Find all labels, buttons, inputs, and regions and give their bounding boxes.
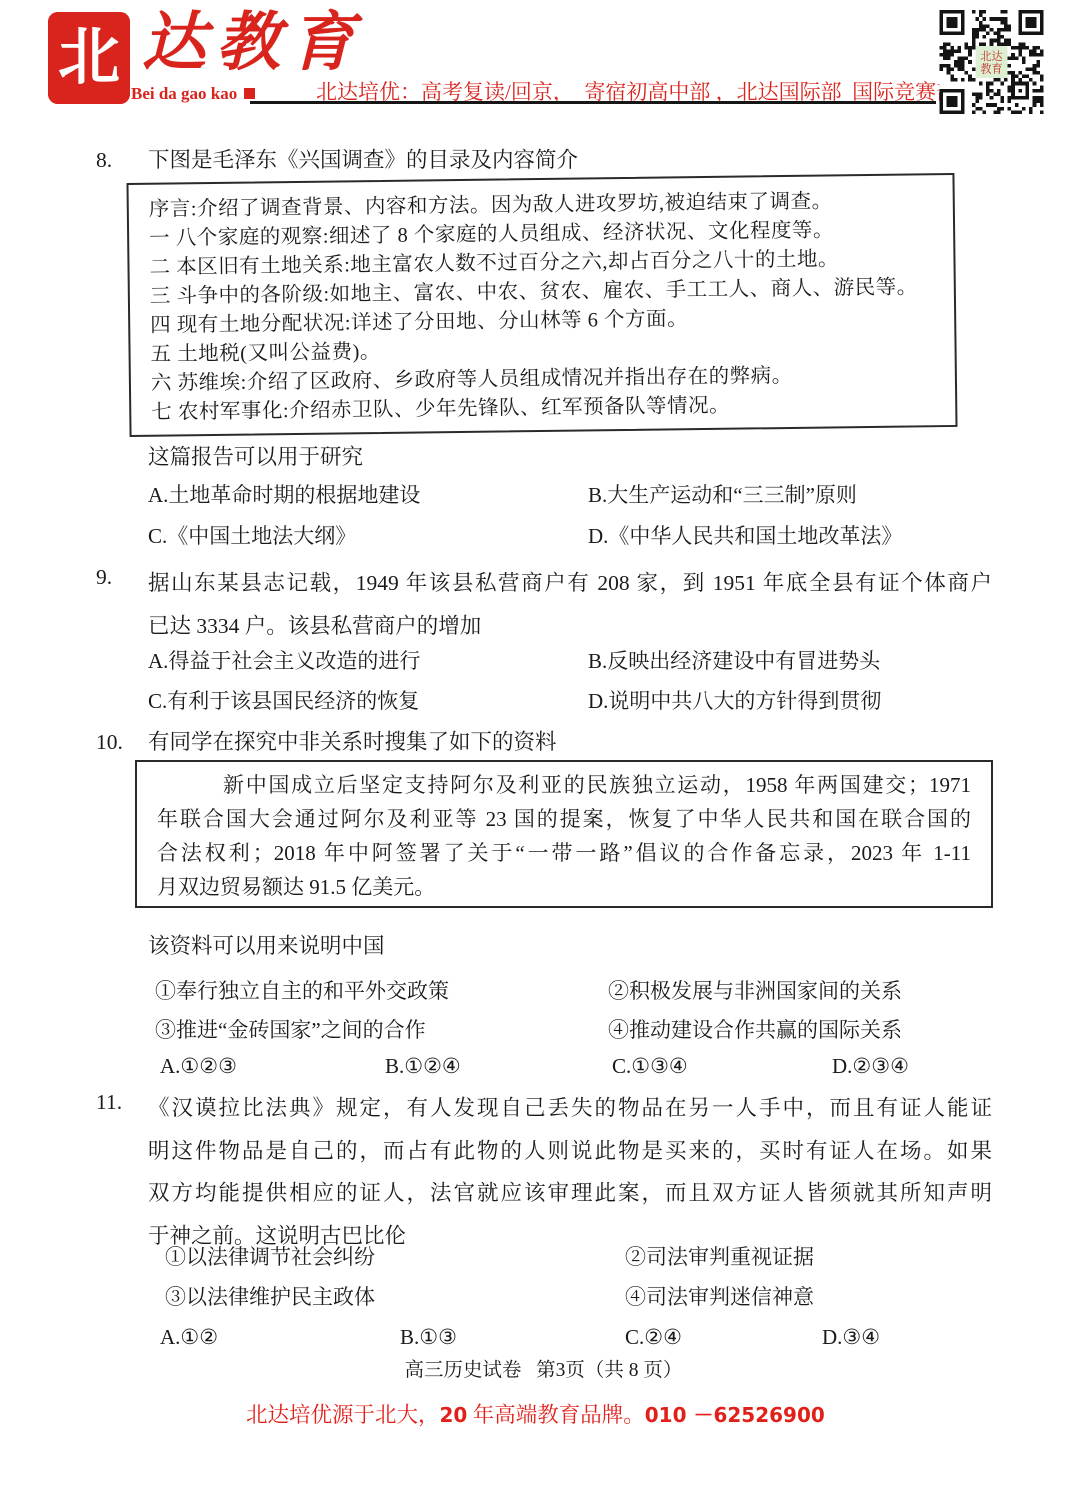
subitems-row: ①以法律调节社会纠纷 ②司法审判重视证据 — [148, 1242, 992, 1272]
page-footer: 高三历史试卷 第3页（共 8 页） — [0, 1354, 1087, 1382]
option-a: A.①②③ — [160, 1051, 385, 1081]
logo-seal-icon: 北 — [48, 12, 130, 104]
box-line: 新中国成立后坚定支持阿尔及利亚的民族独立运动，1958 年两国建交；1971 — [157, 768, 971, 802]
question-stem: 有同学在探究中非关系时搜集了如下的资料 — [148, 727, 992, 757]
option-c: C.①③④ — [612, 1051, 832, 1081]
option-d: D.《中华人民共和国土地改革法》 — [588, 521, 902, 551]
option-b: B.反映出经济建设中有冒进势头 — [588, 646, 880, 676]
box-line: 年联合国大会通过阿尔及利亚等 23 国的提案，恢复了中华人民共和国在联合国的 — [157, 802, 971, 836]
question-stem: 据山东某县志记载，1949 年该县私营商户有 208 家，到 1951 年底全县… — [148, 562, 992, 647]
question-11-stem-row: 11. 《汉谟拉比法典》规定，有人发现自己丢失的物品在另一人手中，而且有证人能证… — [0, 1087, 1087, 1257]
subitems-row: ③推进“金砖国家”之间的合作 ④推动建设合作共赢的国际关系 — [148, 1015, 992, 1045]
box-line: 月双边贸易额达 91.5 亿美元。 — [157, 870, 971, 904]
logo-subtext-label: Bei da gao kao — [131, 84, 237, 103]
subitem-3: ③推进“金砖国家”之间的合作 — [148, 1015, 608, 1045]
qr-center-label-line1: 北达 — [980, 49, 1003, 63]
qr-center-label-line2: 教育 — [980, 61, 1002, 75]
source-box-catalog: 序言:介绍了调查背景、内容和方法。因为敌人进攻罗坊,被迫结束了调查。 一 八个家… — [126, 173, 957, 437]
subitem-4: ④司法审判迷信神意 — [625, 1282, 814, 1312]
option-b: B.大生产运动和“三三制”原则 — [588, 480, 857, 510]
option-d: D.说明中共八大的方针得到贯彻 — [588, 686, 881, 716]
option-c: C.有利于该县国民经济的恢复 — [148, 686, 588, 716]
question-lead: 这篇报告可以用于研究 — [148, 442, 363, 472]
logo-seal-char: 北 — [58, 27, 120, 89]
subitem-1: ①以法律调节社会纠纷 — [148, 1242, 625, 1272]
options-row: A.①②③ B.①②④ C.①③④ D.②③④ — [148, 1051, 992, 1081]
options-row: C.有利于该县国民经济的恢复 D.说明中共八大的方针得到贯彻 — [148, 686, 992, 716]
question-8-stem-row: 8. 下图是毛泽东《兴国调查》的目录及内容简介 — [0, 145, 1087, 175]
subitem-2: ②积极发展与非洲国家间的关系 — [608, 976, 902, 1006]
question-9-stem-row: 9. 据山东某县志记载，1949 年该县私营商户有 208 家，到 1951 年… — [0, 562, 1087, 647]
stem-line: 《汉谟拉比法典》规定，有人发现自己丢失的物品在另一人手中，而且有证人能证 — [148, 1087, 992, 1130]
question-stem: 下图是毛泽东《兴国调查》的目录及内容简介 — [148, 145, 992, 175]
question-lead: 该资料可以用来说明中国 — [148, 931, 385, 961]
brand-footer-text: 年高端教育品牌。 — [467, 1403, 644, 1427]
box-line: 合法权利；2018 年中阿签署了关于“一带一路”倡议的合作备忘录，2023 年 … — [157, 836, 971, 870]
option-a: A.得益于社会主义改造的进行 — [148, 646, 588, 676]
stem-line: 双方均能提供相应的证人，法官就应该审理此案，而且双方证人皆须就其所知声明 — [148, 1172, 992, 1215]
option-a: A.①② — [160, 1322, 400, 1352]
question-10-stem-row: 10. 有同学在探究中非关系时搜集了如下的资料 — [0, 727, 1087, 757]
option-a: A.土地革命时期的根据地建设 — [148, 480, 588, 510]
brand-footer-phone: 010 －62526900 — [645, 1403, 825, 1427]
source-box-material: 新中国成立后坚定支持阿尔及利亚的民族独立运动，1958 年两国建交；1971 年… — [135, 760, 993, 908]
stem-line: 据山东某县志记载，1949 年该县私营商户有 208 家，到 1951 年底全县… — [148, 562, 992, 605]
option-b: B.①②④ — [385, 1051, 612, 1081]
logo-text: 达教育 — [142, 4, 364, 82]
subitems-row: ①奉行独立自主的和平外交政策 ②积极发展与非洲国家间的关系 — [148, 976, 992, 1006]
options-row: A.①② B.①③ C.②④ D.③④ — [148, 1322, 992, 1352]
stem-line: 明这件物品是自己的，而占有此物的人则说此物是买来的，买时有证人在场。如果 — [148, 1130, 992, 1173]
subitem-2: ②司法审判重视证据 — [625, 1242, 814, 1272]
qr-code-icon: 北达 教育 — [938, 10, 1045, 114]
brand-footer: 北达培优源于北大，20 年高端教育品牌。010 －62526900 — [246, 1398, 825, 1429]
brand-footer-years: 20 — [440, 1403, 468, 1427]
subitems-row: ③以法律维护民主政体 ④司法审判迷信神意 — [148, 1282, 992, 1312]
question-number: 11. — [90, 1087, 148, 1257]
logo-subtext: Bei da gao kao — [131, 84, 255, 104]
question-stem: 《汉谟拉比法典》规定，有人发现自己丢失的物品在另一人手中，而且有证人能证 明这件… — [148, 1087, 992, 1257]
question-number: 9. — [90, 562, 148, 647]
exam-page: 北 达教育 Bei da gao kao 北达培优：高考复读/回京， 寄宿初高中… — [0, 0, 1087, 1512]
subitem-4: ④推动建设合作共赢的国际关系 — [608, 1015, 902, 1045]
option-b: B.①③ — [400, 1322, 625, 1352]
option-c: C.②④ — [625, 1322, 822, 1352]
option-c: C.《中国土地法大纲》 — [148, 521, 588, 551]
subitem-3: ③以法律维护民主政体 — [148, 1282, 625, 1312]
options-row: C.《中国土地法大纲》 D.《中华人民共和国土地改革法》 — [148, 521, 992, 551]
logo-square-icon — [244, 88, 255, 99]
stem-line: 已达 3334 户。该县私营商户的增加 — [148, 605, 992, 648]
option-d: D.③④ — [822, 1322, 880, 1352]
question-number: 10. — [90, 727, 148, 757]
options-row: A.土地革命时期的根据地建设 B.大生产运动和“三三制”原则 — [148, 480, 992, 510]
option-d: D.②③④ — [832, 1051, 909, 1081]
options-row: A.得益于社会主义改造的进行 B.反映出经济建设中有冒进势头 — [148, 646, 992, 676]
subitem-1: ①奉行独立自主的和平外交政策 — [148, 976, 608, 1006]
brand-footer-text: 北达培优源于北大， — [246, 1403, 440, 1427]
question-number: 8. — [90, 145, 148, 175]
header-rule — [250, 101, 936, 104]
